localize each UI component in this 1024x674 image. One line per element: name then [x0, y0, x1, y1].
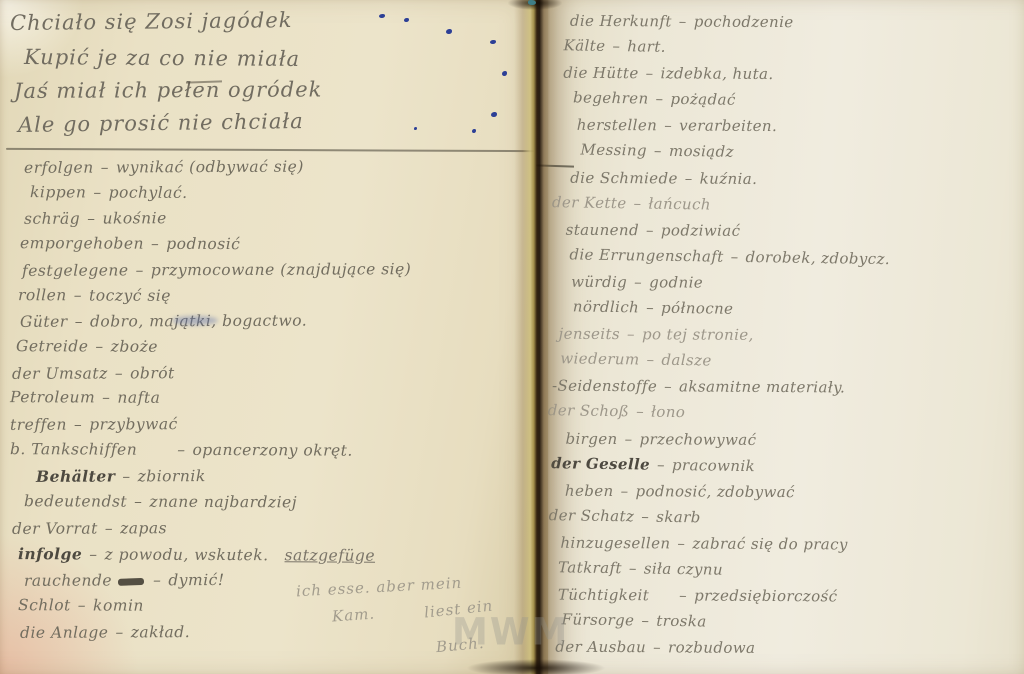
german-term: b. Tankschiffen [10, 440, 137, 459]
german-term: infolge [18, 544, 82, 563]
polish-translation: przedsiębiorczość [694, 587, 837, 606]
polish-translation: mosiądz [669, 142, 734, 161]
polish-translation: izdebka, huta. [660, 64, 773, 83]
german-term: die Hütte [563, 64, 638, 82]
german-term: Schlot [18, 596, 71, 614]
german-term: der Schoß [548, 402, 630, 421]
polish-translation: po tej stronie, [642, 325, 754, 344]
vocab-entry: Kälte–hart. [563, 32, 892, 63]
dash-separator: – [177, 441, 185, 459]
dash-separator: – [134, 493, 142, 511]
ink-dot [446, 29, 452, 34]
dash-separator: – [636, 403, 644, 421]
german-term: rauchende [24, 572, 112, 590]
polish-translation: łono [651, 403, 685, 422]
dash-separator: – [625, 430, 633, 448]
polish-translation: nafta [117, 389, 160, 407]
vocab-entry: festgelegene–przymocowane (znajdujące si… [22, 257, 411, 284]
german-term: Tatkraft [558, 558, 622, 577]
dash-separator: – [657, 455, 665, 473]
dash-separator: – [664, 378, 672, 396]
dash-separator: – [621, 482, 629, 500]
polish-translation: pracownik [672, 456, 755, 475]
polish-translation: dalsze [661, 351, 711, 370]
poem-line: Ale go prosić nie chciała [18, 104, 323, 142]
polish-translation: północne [661, 299, 734, 318]
german-term: der Schatz [549, 506, 635, 525]
polish-translation: podziwiać [661, 221, 741, 239]
german-term: birgen [565, 429, 617, 447]
vocab-entry: der Geselle–pracownik [551, 450, 888, 481]
polish-translation: zapas [120, 519, 167, 537]
german-term: festgelegene [22, 261, 129, 279]
german-term: würdig [571, 273, 627, 291]
vocab-entry: der Umsatz–obrót [12, 360, 411, 387]
german-term: der Kette [552, 193, 627, 212]
ink-dot [490, 40, 496, 44]
vocab-entry: nördlich–północne [573, 293, 890, 324]
polish-translation: skarb [656, 508, 701, 527]
german-term: wiederum [560, 349, 640, 368]
poem-line: Kupić je za co nie miała [24, 40, 323, 76]
german-term: hinzugesellen [560, 534, 670, 553]
polish-translation: komin [93, 596, 144, 614]
dash-separator: – [677, 534, 685, 552]
polish-translation: podnosić, zdobywać [635, 482, 794, 501]
vocab-entry: Tüchtigkeit–przedsiębiorczość [558, 582, 887, 610]
ink-dot [379, 14, 385, 18]
poem-line: Chciało się Zosi jagódek [10, 3, 323, 40]
german-term: heben [565, 481, 614, 499]
vocab-entry: der Kette–łańcuch [552, 189, 891, 220]
vocab-entry: die Errungenschaft–dorobek, zdobycz. [569, 241, 890, 272]
polish-translation: przymocowane (znajdujące się) [151, 260, 412, 279]
polish-translation: łańcuch [648, 194, 711, 213]
german-term: kippen [30, 183, 86, 201]
german-term: die Anlage [20, 623, 109, 641]
german-term: Petroleum [10, 388, 95, 406]
dash-separator: – [646, 64, 654, 82]
vocab-entry: der Vorrat–zapas [12, 515, 411, 542]
dash-separator: – [627, 325, 635, 343]
polish-translation: kuźnia. [700, 169, 758, 187]
teal-speck [528, 0, 536, 5]
vocab-list-right: die Herkunft–pochodzenie Kälte–hart. die… [557, 7, 892, 663]
german-term: emporgehoben [20, 234, 144, 253]
vocab-entry: hinzugesellen–zabrać się do pracy [560, 530, 887, 558]
vocab-entry: die Herkunft–pochodzenie [570, 8, 893, 36]
polish-translation: przybywać [89, 415, 178, 433]
right-page: die Herkunft–pochodzenie Kälte–hart. die… [548, 0, 1024, 674]
dash-separator: – [101, 158, 109, 176]
polish-translation: ukośnie [102, 210, 166, 228]
dash-separator: – [679, 586, 687, 604]
dash-separator: – [95, 337, 103, 355]
vocab-entry: b. Tankschiffen–opancerzony okręt. [10, 437, 411, 464]
pencil-divider-line [6, 148, 534, 152]
dash-separator: – [679, 12, 687, 30]
polish-translation: obrót [130, 364, 175, 382]
dash-separator: – [153, 571, 161, 589]
dash-separator: – [74, 286, 82, 304]
german-term: Tüchtigkeit [558, 586, 649, 605]
dash-separator: – [646, 221, 654, 239]
vocab-entry: der Schoß–łono [548, 398, 889, 429]
vocab-entry: der Schatz–skarb [548, 502, 887, 533]
dash-separator: – [731, 248, 739, 266]
dash-separator: – [633, 194, 641, 212]
dash-separator: – [612, 37, 620, 55]
polish-translation: aksamitne materiały. [679, 378, 845, 397]
polish-translation: zbiornik [138, 468, 206, 486]
german-term: der Umsatz [12, 364, 108, 382]
polish-translation: hart. [627, 37, 666, 56]
poem-line: Jaś miał ich pełen ogródek [14, 72, 323, 108]
dash-separator: – [655, 90, 663, 108]
polish-translation: dymić! [168, 571, 224, 589]
vocab-entry: infolge–z powodu, wskutek.satzgefüge [18, 541, 411, 569]
faint-practice-note: Kam. [331, 605, 375, 626]
polish-translation: rozbudowa [668, 639, 755, 658]
dash-separator: – [653, 639, 661, 657]
vocab-entry: schräg–ukośnie [24, 206, 411, 233]
dash-separator: – [641, 612, 649, 630]
vocab-entry: -Seidenstoffe–aksamitne materiały. [552, 373, 889, 401]
german-term: staunend [566, 220, 639, 238]
vocab-entry: Petroleum–nafta [10, 385, 411, 412]
german-term: Kälte [563, 36, 605, 55]
crossed-out-word [118, 578, 144, 586]
vocab-entry: würdig–godnie [571, 269, 890, 297]
vocab-entry: die Schmiede–kuźnia. [570, 164, 891, 192]
german-term: die Errungenschaft [569, 245, 724, 265]
german-term: jenseits [559, 325, 621, 343]
polish-translation: pożądać [670, 90, 735, 109]
dash-separator: – [654, 142, 662, 160]
vocab-entry: jenseits–po tej stronie, [558, 321, 889, 349]
vocab-entry: heben–podnosić, zdobywać [565, 477, 888, 505]
vocab-list-left: erfolgen–wynikać (odbywać się) kippen–po… [10, 155, 411, 645]
vocab-entry: emporgehoben–podnosić [20, 231, 411, 258]
dash-separator: – [641, 507, 649, 525]
vocab-entry: die Hütte–izdebka, huta. [563, 60, 892, 88]
vocab-entry: rollen–toczyć się [18, 283, 411, 310]
german-term: -Seidenstoffe [552, 377, 657, 396]
dash-separator: – [685, 169, 693, 187]
vocab-entry: Messing–mosiądz [580, 137, 891, 168]
dash-separator: – [115, 623, 123, 641]
vocab-entry: herstellen–verarbeiten. [577, 112, 892, 140]
vocab-entry: Fürsorge–troska [561, 606, 886, 637]
vocab-entry: wiederum–dalsze [560, 345, 889, 376]
vocab-entry: begehren–pożądać [573, 85, 892, 116]
ink-dot [472, 129, 476, 133]
german-term: der Geselle [551, 454, 650, 473]
dash-separator: – [151, 235, 159, 253]
vocab-entry: Behälter–zbiornik [36, 463, 411, 491]
polish-translation: przechowywać [639, 430, 756, 449]
notebook-scan: Chciało się Zosi jagódek Kupić je za co … [0, 0, 1024, 674]
poem-block: Chciało się Zosi jagódek Kupić je za co … [10, 6, 322, 142]
vocab-entry: kippen–pochylać. [30, 180, 411, 207]
vocab-entry: bedeutendst–znane najbardziej [24, 489, 411, 516]
german-term: treffen [10, 416, 67, 434]
blue-smudge [172, 316, 218, 325]
vocab-entry: erfolgen–wynikać (odbywać się) [24, 154, 411, 181]
german-term: Behälter [36, 467, 115, 486]
dash-separator: – [122, 468, 130, 486]
german-term: Fürsorge [561, 610, 634, 629]
dash-separator: – [87, 210, 95, 228]
polish-translation: opancerzony okręt. [192, 441, 352, 460]
german-term: erfolgen [24, 159, 94, 177]
vocab-entry: Getreide–zboże [16, 334, 411, 361]
margin-note-underlined: satzgefüge [285, 546, 376, 564]
ink-dot [502, 71, 507, 76]
watermark: MWM [452, 611, 569, 654]
vocab-entry: treffen–przybywać [10, 411, 411, 438]
polish-translation: toczyć się [89, 286, 171, 304]
polish-translation: znane najbardziej [149, 493, 297, 512]
polish-translation: siła czynu [644, 559, 723, 578]
german-term: bedeutendst [24, 492, 127, 510]
polish-translation: zboże [111, 337, 158, 355]
vocab-entry: birgen–przechowywać [565, 425, 888, 453]
polish-translation: zabrać się do pracy [692, 534, 848, 553]
dash-separator: – [646, 299, 654, 317]
german-term: die Herkunft [570, 12, 672, 31]
vocab-entry: staunend–podziwiać [566, 216, 891, 244]
dash-separator: – [78, 596, 86, 614]
dash-separator: – [89, 545, 97, 563]
german-term: der Vorrat [12, 519, 98, 537]
german-term: rollen [18, 286, 67, 304]
polish-translation: podnosić [166, 235, 240, 253]
german-term: herstellen [577, 116, 658, 134]
polish-translation: godnie [649, 273, 703, 291]
dash-separator: – [93, 183, 101, 201]
polish-translation: dorobek, zdobycz. [745, 248, 890, 268]
dash-separator: – [634, 273, 642, 291]
dash-separator: – [115, 364, 123, 382]
ink-dot [491, 112, 497, 117]
vocab-entry: Tatkraft–siła czynu [558, 554, 887, 585]
dash-separator: – [646, 351, 654, 369]
vocab-entry: der Ausbau–rozbudowa [555, 634, 886, 662]
polish-translation: z powodu, wskutek. [104, 545, 268, 564]
german-term: nördlich [573, 297, 640, 316]
german-term: Messing [580, 141, 647, 160]
dash-separator: – [629, 559, 637, 577]
left-page: Chciało się Zosi jagódek Kupić je za co … [0, 0, 548, 674]
dash-separator: – [136, 261, 144, 279]
dash-separator: – [102, 389, 110, 407]
polish-translation: troska [656, 612, 707, 631]
polish-translation: zakład. [131, 623, 190, 641]
dash-separator: – [74, 416, 82, 434]
dash-separator: – [664, 117, 672, 135]
german-term: Getreide [16, 337, 88, 355]
dash-separator: – [75, 313, 83, 331]
polish-translation: wynikać (odbywać się) [116, 158, 304, 177]
german-term: schräg [24, 210, 80, 228]
german-term: Güter [20, 313, 68, 331]
polish-translation: verarbeiten. [679, 117, 777, 136]
polish-translation: pochylać. [109, 183, 188, 201]
german-term: begehren [573, 89, 649, 108]
ink-dot [404, 18, 409, 22]
german-term: die Schmiede [570, 168, 678, 187]
polish-translation: pochodzenie [694, 13, 794, 32]
ink-dot [414, 127, 417, 130]
dash-separator: – [105, 519, 113, 537]
